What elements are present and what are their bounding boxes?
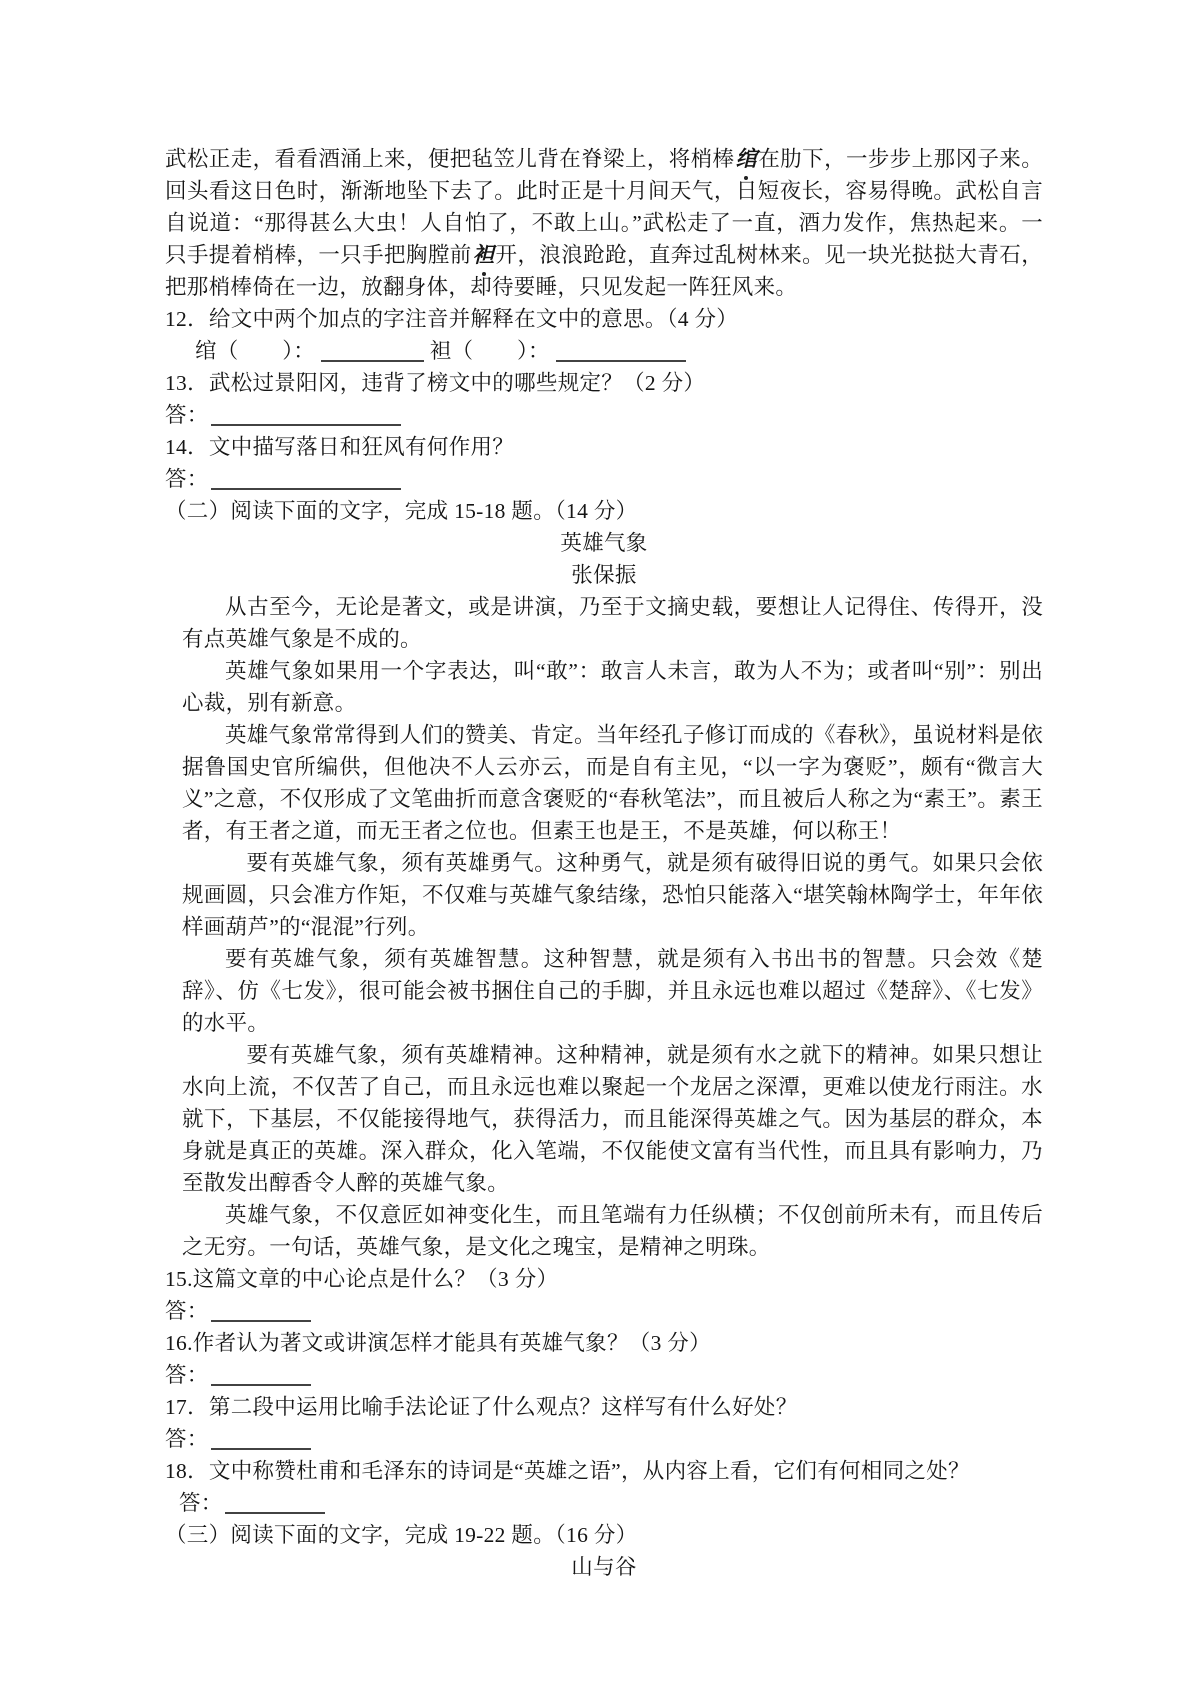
answer-label: 答： xyxy=(165,1427,209,1451)
question-16: 16.作者认为著文或讲演怎样才能具有英雄气象？（3 分） xyxy=(165,1327,1043,1359)
tan-pinyin-label: 袒（ ）： xyxy=(430,339,550,363)
answer-label: 答： xyxy=(165,467,209,491)
exam-document-page: 武松正走，看看酒涌上来，便把毡笠儿背在脊梁上，将梢棒绾在肋下，一步步上那冈子来。… xyxy=(0,0,1200,1698)
question-13-answer-blank xyxy=(211,406,401,426)
wan-pinyin-label: 绾（ ）： xyxy=(195,339,315,363)
question-18: 18．文中称赞杜甫和毛泽东的诗词是“英雄之语”，从内容上看，它们有何相同之处？ xyxy=(165,1455,1043,1487)
essay-paragraph: 要有英雄气象，须有英雄勇气。这种勇气，就是须有破得旧说的勇气。如果只会依规画圆，… xyxy=(182,847,1043,943)
question-17-answer-blank xyxy=(211,1430,311,1450)
question-16-answer-blank xyxy=(211,1366,311,1386)
answer-label: 答： xyxy=(179,1491,223,1515)
question-15: 15.这篇文章的中心论点是什么？（3 分） xyxy=(165,1263,1043,1295)
answer-label: 答： xyxy=(165,1299,209,1323)
question-16-answer-line: 答： xyxy=(165,1359,1043,1391)
essay-paragraph: 从古至今，无论是著文，或是讲演，乃至于文摘史载，要想让人记得住、传得开，没有点英… xyxy=(182,591,1043,655)
question-17-answer-line: 答： xyxy=(165,1423,1043,1455)
section-3-header: （三）阅读下面的文字，完成 19-22 题。（16 分） xyxy=(165,1519,1043,1551)
question-18-answer-line: 答： xyxy=(165,1487,1043,1519)
question-12: 12．给文中两个加点的字注音并解释在文中的意思。（4 分） xyxy=(165,303,1043,335)
emphasized-char-tan: 袒 xyxy=(472,239,496,271)
question-14-answer-blank xyxy=(211,470,401,490)
question-15-answer-blank xyxy=(211,1302,311,1322)
essay-author: 张保振 xyxy=(165,559,1043,591)
question-15-answer-line: 答： xyxy=(165,1295,1043,1327)
exam-passage-wusong: 武松正走，看看酒涌上来，便把毡笠儿背在脊梁上，将梢棒绾在肋下，一步步上那冈子来。… xyxy=(165,143,1043,303)
section-2-header: （二）阅读下面的文字，完成 15-18 题。（14 分） xyxy=(165,495,1043,527)
question-12-answer-line: 绾（ ）： 袒（ ）： xyxy=(165,335,1043,367)
question-13-answer-line: 答： xyxy=(165,399,1043,431)
wan-answer-blank xyxy=(321,342,424,362)
emphasized-char-wan: 绾 xyxy=(734,143,758,175)
question-18-answer-blank xyxy=(225,1494,325,1514)
question-14: 14．文中描写落日和狂风有何作用？ xyxy=(165,431,1043,463)
exam-content: 武松正走，看看酒涌上来，便把毡笠儿背在脊梁上，将梢棒绾在肋下，一步步上那冈子来。… xyxy=(165,143,1043,1583)
answer-label: 答： xyxy=(165,403,209,427)
answer-label: 答： xyxy=(165,1363,209,1387)
essay-paragraph: 英雄气象如果用一个字表达，叫“敢”：敢言人未言，敢为人不为；或者叫“别”：别出心… xyxy=(182,655,1043,719)
essay-paragraph: 英雄气象，不仅意匠如神变化生，而且笔端有力任纵横；不仅创前所未有，而且传后之无穷… xyxy=(182,1199,1043,1263)
question-17: 17．第二段中运用比喻手法论证了什么观点？这样写有什么好处？ xyxy=(165,1391,1043,1423)
passage-3-title: 山与谷 xyxy=(165,1551,1043,1583)
essay-paragraph: 要有英雄气象，须有英雄智慧。这种智慧，就是须有入书出书的智慧。只会效《楚辞》、仿… xyxy=(182,943,1043,1039)
question-13: 13．武松过景阳冈，违背了榜文中的哪些规定？（2 分） xyxy=(165,367,1043,399)
essay-body: 从古至今，无论是著文，或是讲演，乃至于文摘史载，要想让人记得住、传得开，没有点英… xyxy=(182,591,1043,1263)
tan-answer-blank xyxy=(556,342,686,362)
question-14-answer-line: 答： xyxy=(165,463,1043,495)
essay-title: 英雄气象 xyxy=(165,527,1043,559)
passage-text-segment: 武松正走，看看酒涌上来，便把毡笠儿背在脊梁上，将梢棒 xyxy=(165,147,734,171)
essay-paragraph: 要有英雄气象，须有英雄精神。这种精神，就是须有水之就下的精神。如果只想让水向上流… xyxy=(182,1039,1043,1199)
essay-paragraph: 英雄气象常常得到人们的赞美、肯定。当年经孔子修订而成的《春秋》，虽说材料是依据鲁… xyxy=(182,719,1043,847)
